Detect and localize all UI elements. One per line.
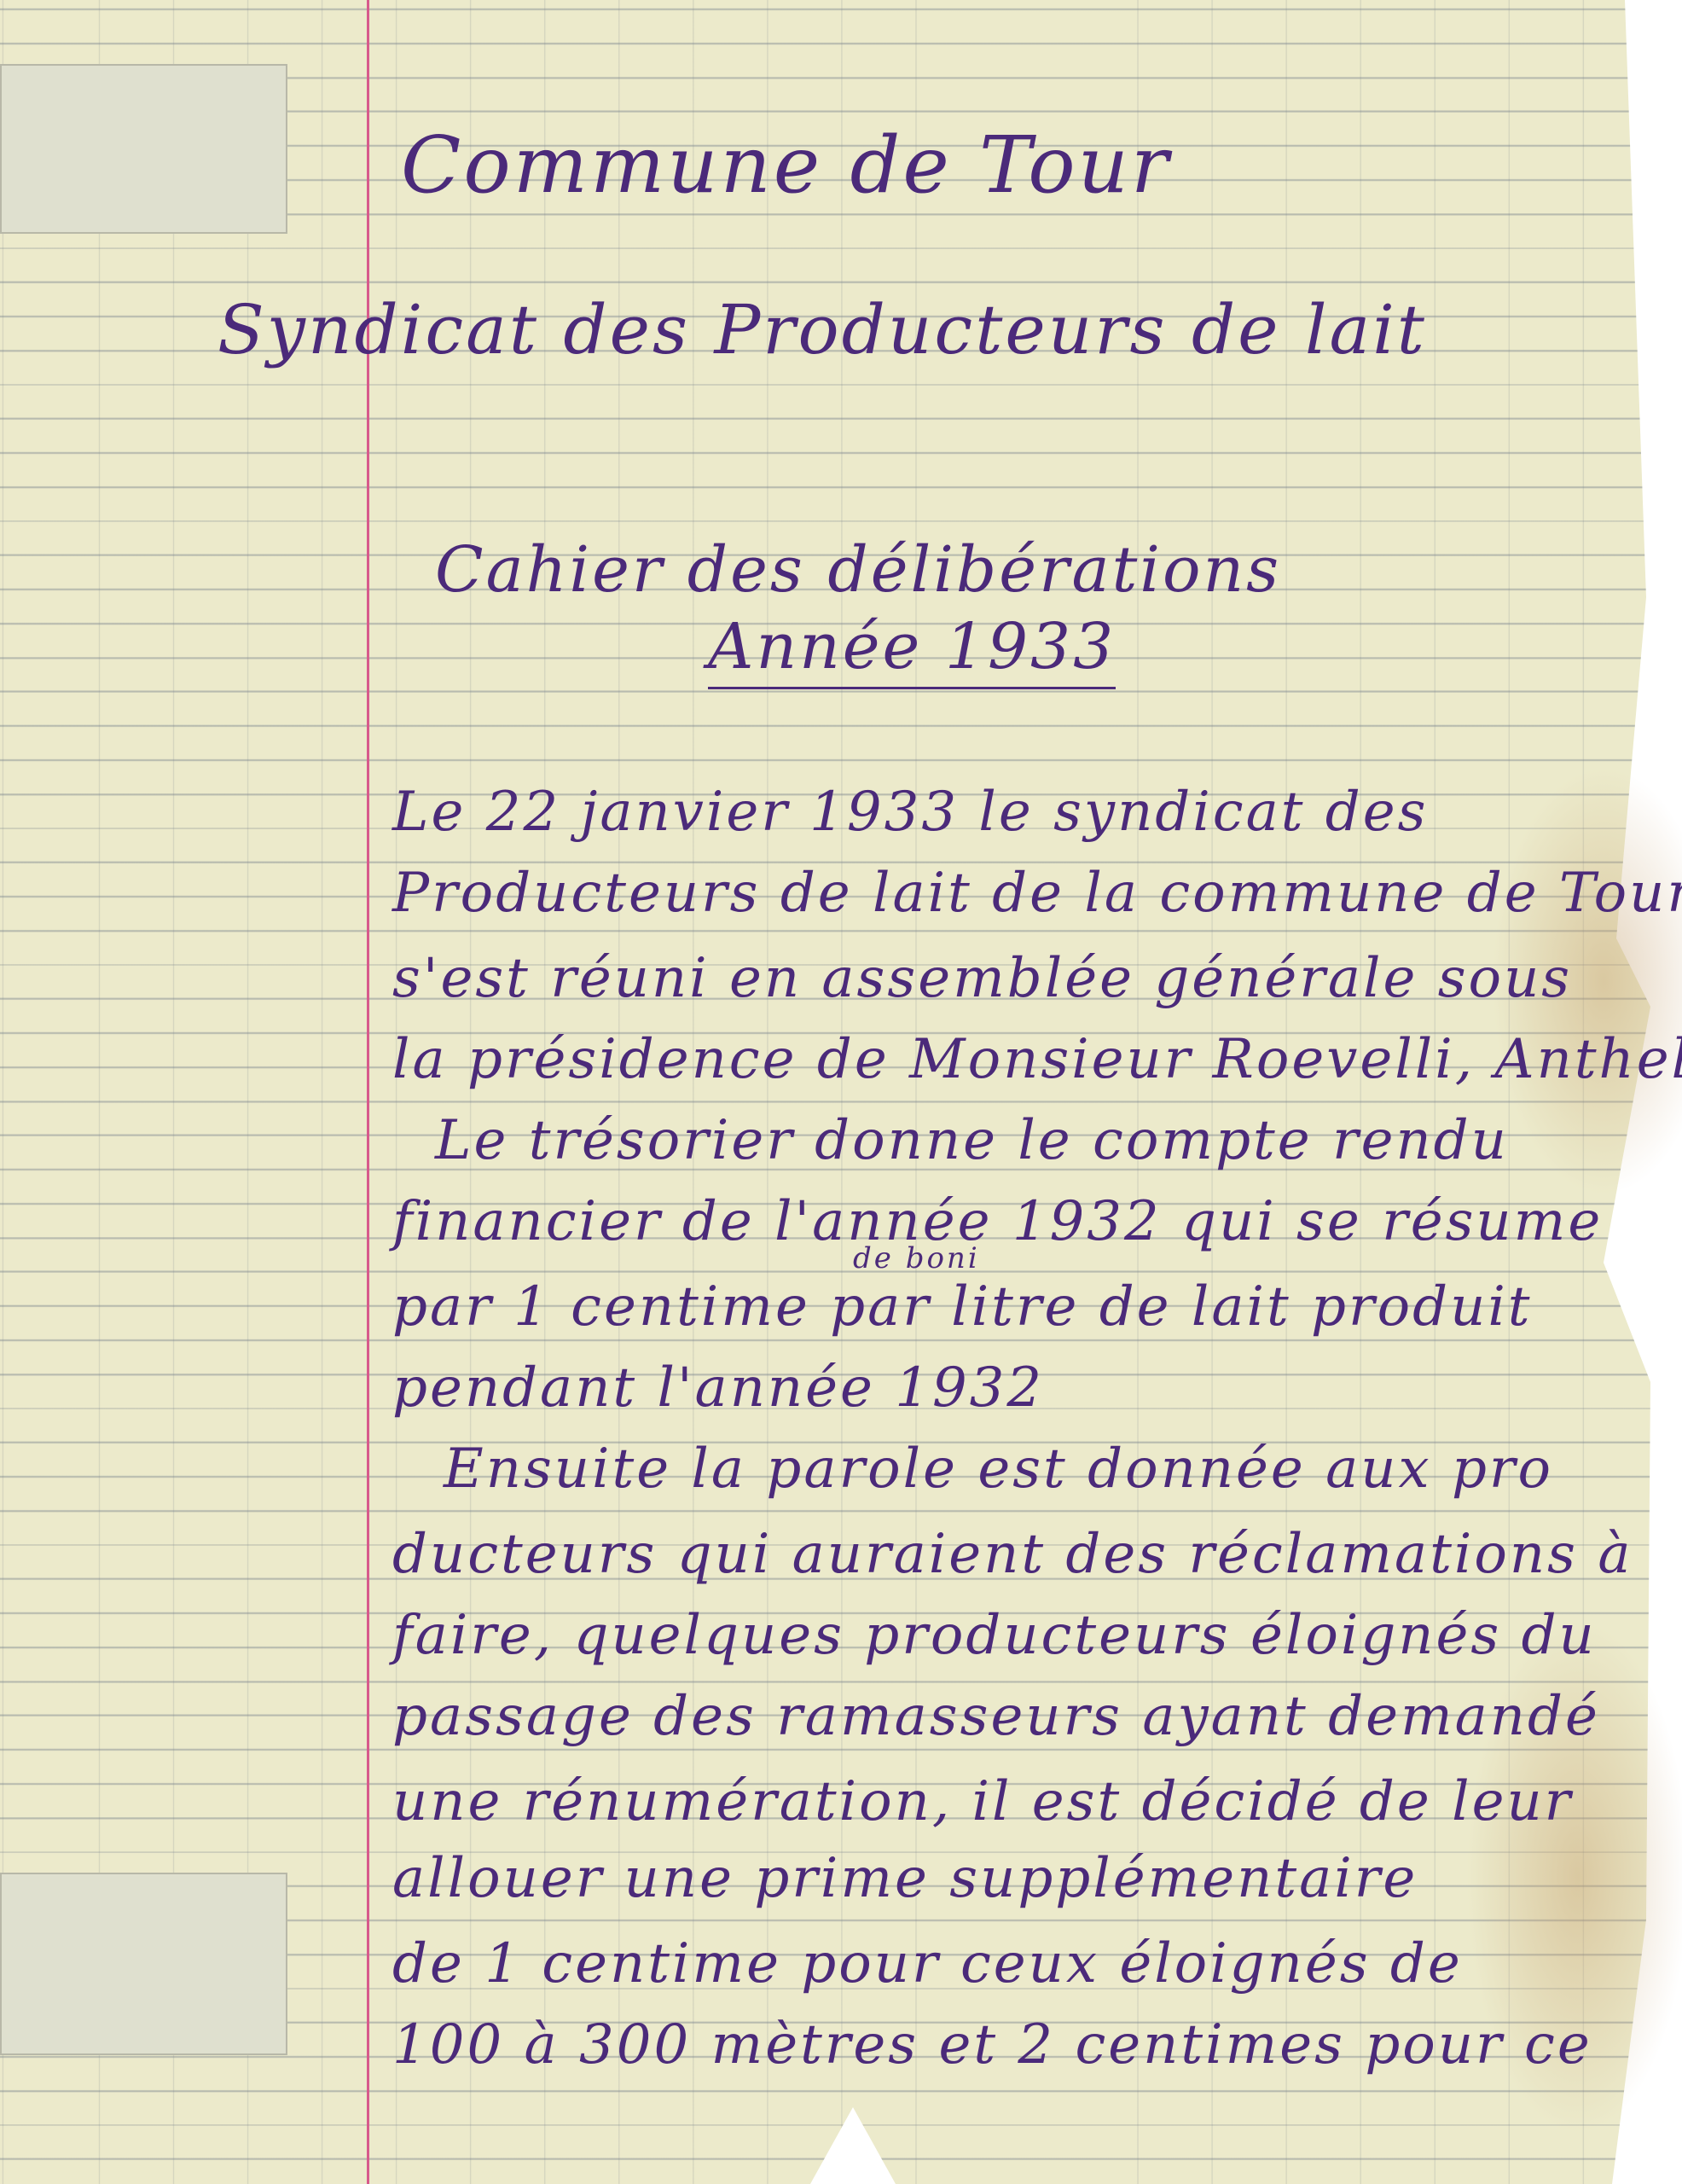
text-line: allouer une prime supplémentaire: [392, 1847, 1418, 1910]
text-line: ducteurs qui auraient des réclamations à: [392, 1523, 1633, 1586]
page-title: Commune de Tour: [401, 119, 1171, 211]
text-line: Le trésorier donne le compte rendu: [435, 1109, 1509, 1172]
text-line: Producteurs de lait de la commune de Tou…: [392, 862, 1682, 925]
section-heading: Cahier des délibérations: [435, 533, 1281, 607]
text-line: financier de l'année 1932 qui se résume: [392, 1190, 1603, 1253]
text-line: une rénumération, il est décidé de leur: [392, 1770, 1573, 1833]
text-line: pendant l'année 1932: [392, 1356, 1044, 1420]
text-line: Le 22 janvier 1933 le syndicat des: [392, 781, 1428, 844]
text-line: par 1 centime par litre de lait produit: [392, 1275, 1533, 1339]
text-line: passage des ramasseurs ayant demandé: [392, 1685, 1600, 1748]
paper-tab-top: [0, 64, 287, 234]
interlinear-insert: de boni: [853, 1241, 980, 1275]
text-line: faire, quelques producteurs éloignés du: [392, 1604, 1597, 1667]
text-line: s'est réuni en assemblée générale sous: [392, 947, 1572, 1010]
year-heading: Année 1933: [708, 610, 1116, 689]
text-line: 100 à 300 mètres et 2 centimes pour ce: [392, 2013, 1592, 2077]
text-line: la présidence de Monsieur Roevelli, Anth…: [392, 1028, 1682, 1091]
page-subtitle: Syndicat des Producteurs de lait: [217, 290, 1427, 369]
text-line: de 1 centime pour ceux éloignés de: [392, 1932, 1463, 1995]
text-line: Ensuite la parole est donnée aux pro: [444, 1438, 1553, 1501]
paper-tab-bottom: [0, 1873, 287, 2055]
